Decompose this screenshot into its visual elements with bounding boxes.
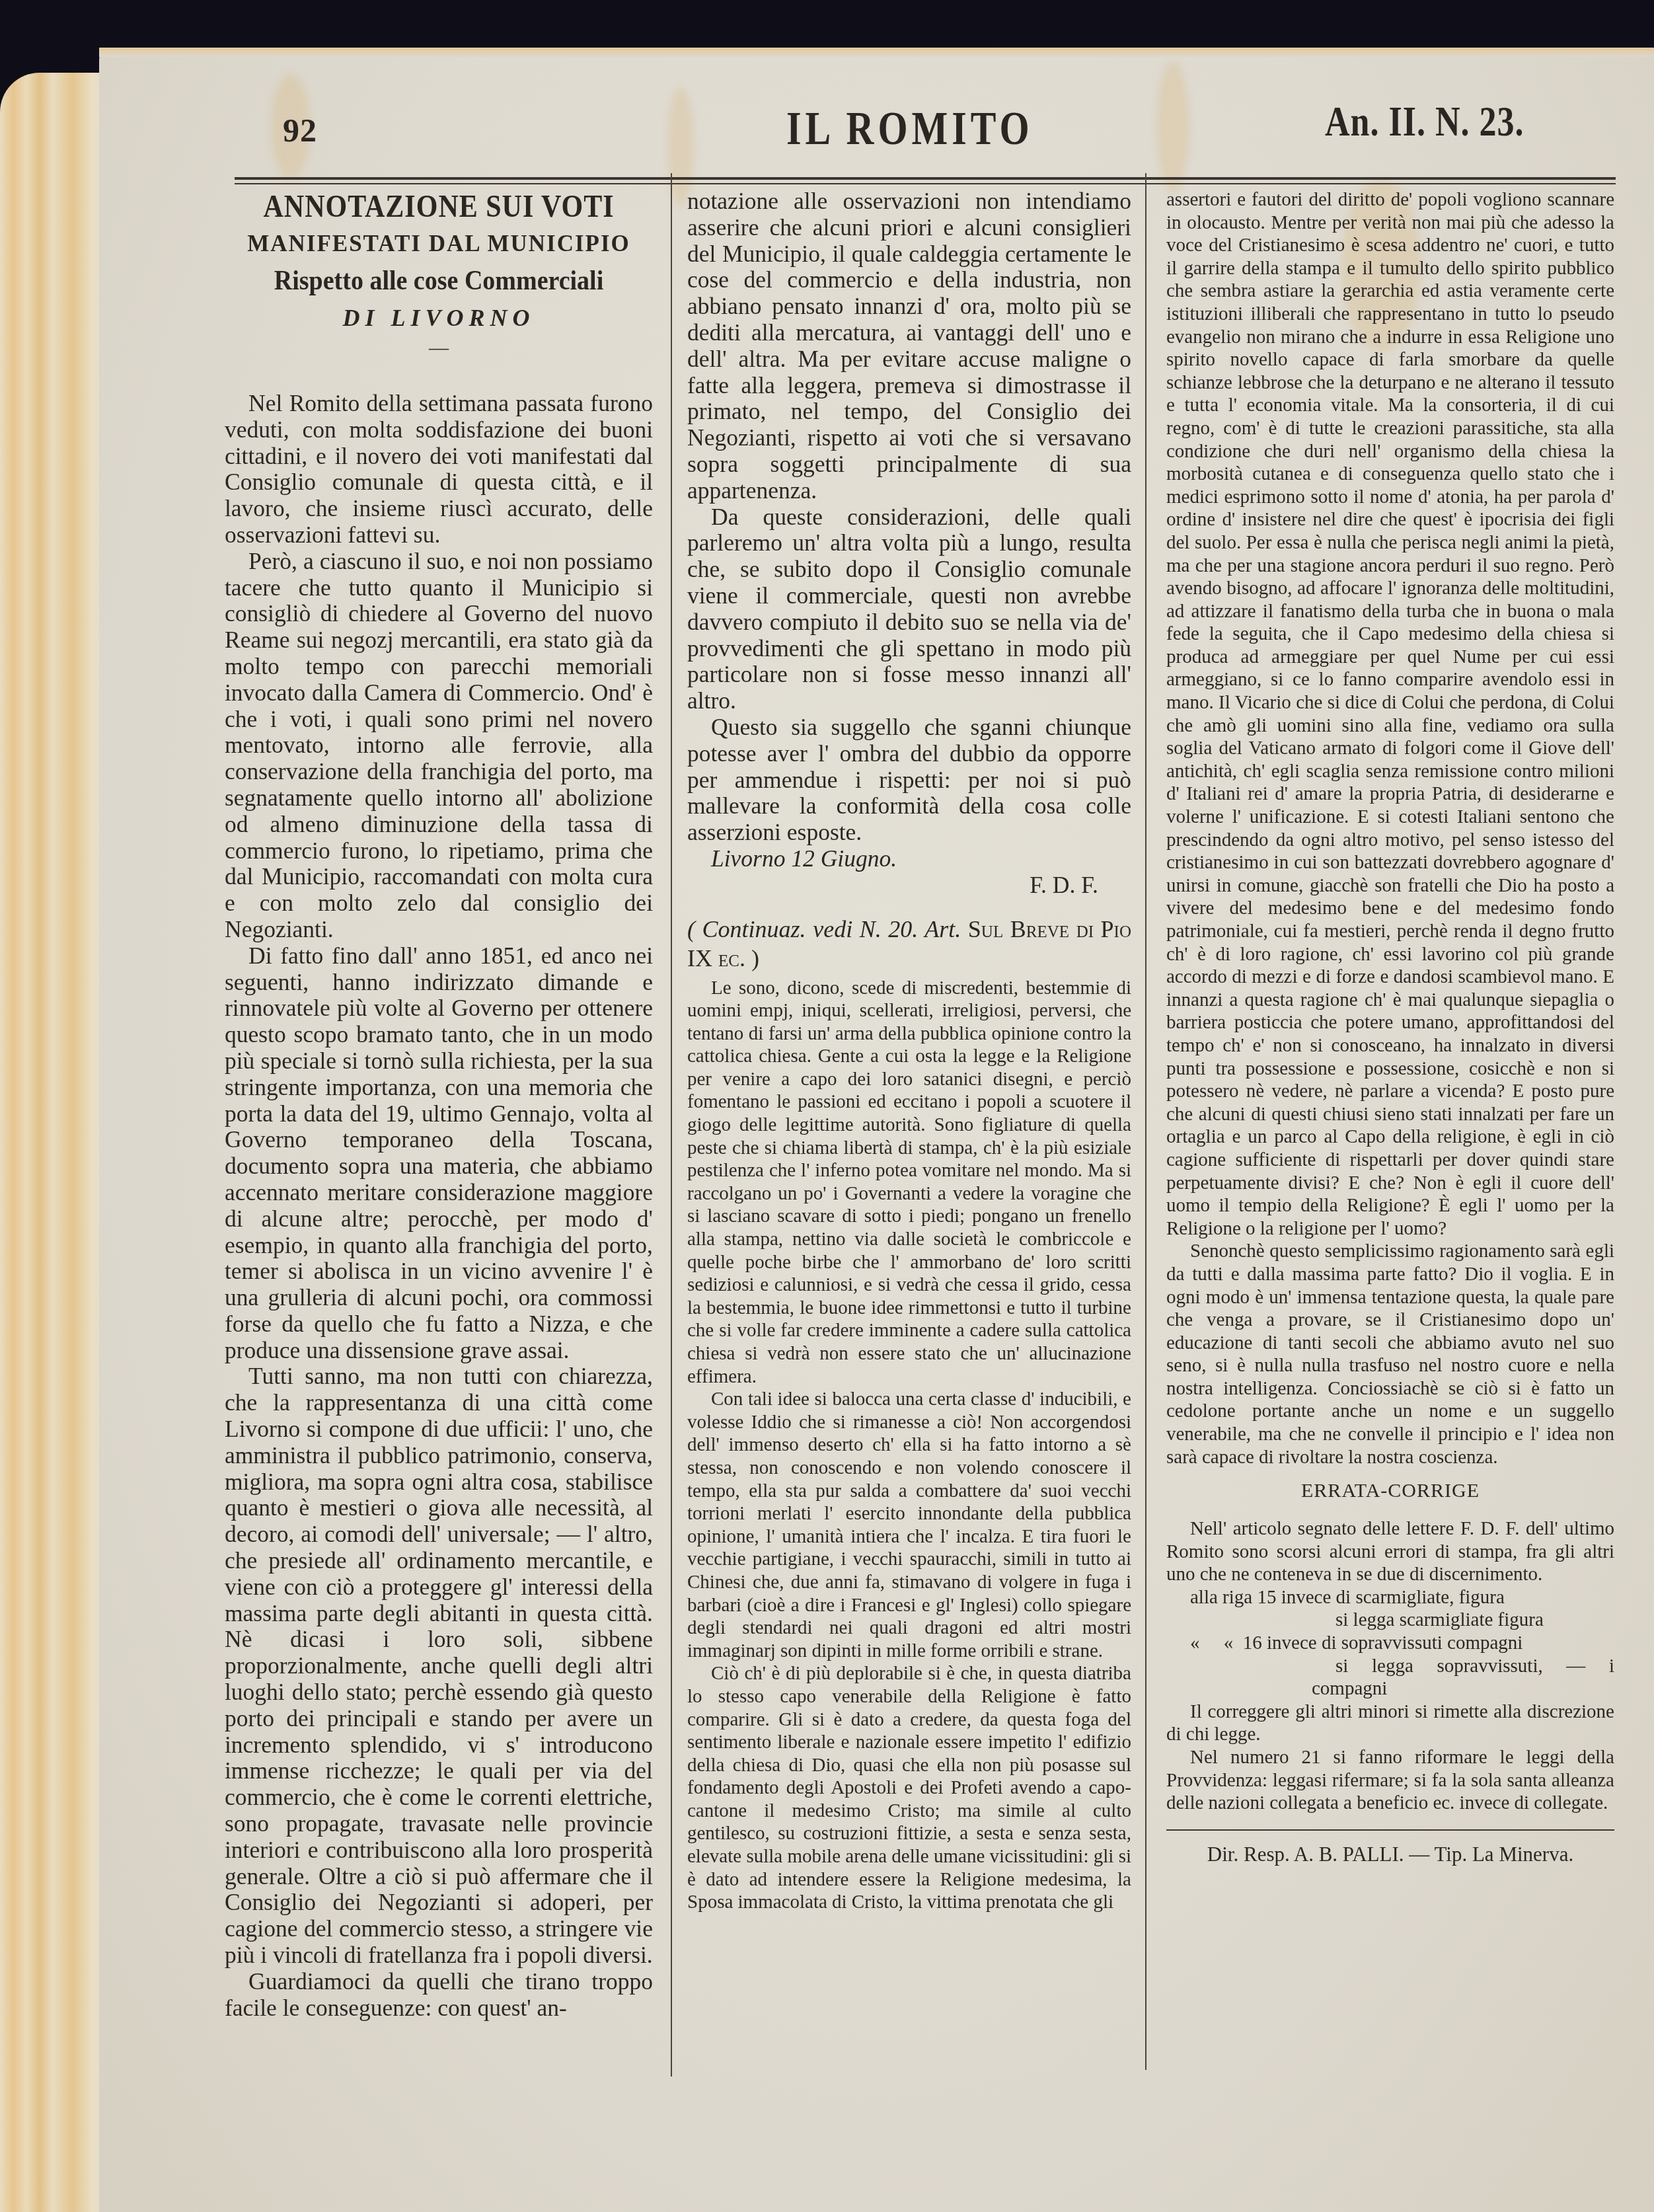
header-rule-inner xyxy=(235,183,1616,184)
column-divider xyxy=(1145,173,1147,2070)
paragraph: Le sono, dicono, scede di miscredenti, b… xyxy=(687,977,1131,1389)
article-subtitle: Rispetto alle cose Commerciali xyxy=(225,260,653,301)
errata-line: si legga scarmigliate figura xyxy=(1166,1609,1614,1632)
paragraph: assertori e fautori del diritto de' popo… xyxy=(1166,188,1614,1240)
dateline-text: Livorno 12 Giugno. xyxy=(711,845,897,872)
errata-line: si legga sopravvissuti, — i compagni xyxy=(1166,1655,1614,1700)
errata-line: « « 16 invece di sopravvissuti compagni xyxy=(1166,1632,1614,1655)
errata-corrige-section: ERRATA-CORRIGE Nell' articolo segnato de… xyxy=(1166,1478,1614,1867)
continuation-heading: ( Continuaz. vedi N. 20. Art. Sul Breve … xyxy=(687,915,1131,973)
article-subtitle: MANIFESTATI DAL MUNICIPIO xyxy=(225,225,653,262)
errata-paragraph: Il correggere gli altri minori si rimett… xyxy=(1166,1700,1614,1746)
left-column: ANNOTAZIONE SUI VOTI MANIFESTATI DAL MUN… xyxy=(225,188,653,2021)
paragraph: Questo sia suggello che sganni chiunque … xyxy=(687,714,1131,846)
title-separator: — xyxy=(225,336,653,360)
printer-credit: Dir. Resp. A. B. PALLI. — Tip. La Minerv… xyxy=(1166,1841,1614,1868)
continuation-prefix: ( Continuaz. vedi N. 20. Art. xyxy=(687,916,961,942)
paragraph: Di fatto fino dall' anno 1851, ed anco n… xyxy=(225,943,653,1364)
errata-line: alla riga 15 invece di scarmigliate, fig… xyxy=(1166,1586,1614,1609)
errata-paragraph: Nel numero 21 si fanno riformare le legg… xyxy=(1166,1746,1614,1815)
article-title: ANNOTAZIONE SUI VOTI xyxy=(225,186,653,228)
signature: F. D. F. xyxy=(1030,872,1125,899)
paragraph: Però, a ciascuno il suo, e noi non possi… xyxy=(225,549,653,943)
paragraph: Guardiamoci da quelli che tirano troppo … xyxy=(225,1969,653,2022)
column-divider xyxy=(671,173,672,2077)
masthead-title: IL ROMITO xyxy=(786,100,1034,156)
paragraph: Tutti sanno, ma non tutti con chiarezza,… xyxy=(225,1363,653,1968)
page-number: 92 xyxy=(283,111,317,149)
paragraph: notazione alle osservazioni non intendia… xyxy=(687,188,1131,504)
article-location: DI LIVORNO xyxy=(225,299,653,336)
paragraph: Senonchè questo semplicissimo ragionamen… xyxy=(1166,1240,1614,1468)
paragraph: Con tali idee si balocca una certa class… xyxy=(687,1388,1131,1662)
errata-intro: Nell' articolo segnato delle lettere F. … xyxy=(1166,1517,1614,1586)
paragraph: Nel Romito della settimana passata furon… xyxy=(225,391,653,549)
article-title-block: ANNOTAZIONE SUI VOTI MANIFESTATI DAL MUN… xyxy=(225,188,653,360)
paragraph: Da queste considerazioni, delle quali pa… xyxy=(687,504,1131,714)
footer-rule xyxy=(1166,1829,1614,1831)
issue-number: An. II. N. 23. xyxy=(1325,99,1524,146)
signature-line: F. D. F. xyxy=(687,872,1131,899)
paragraph: Ciò ch' è di più deplorabile si è che, i… xyxy=(687,1662,1131,1914)
right-column: assertori e fautori del diritto de' popo… xyxy=(1166,188,1614,1868)
page-header: 92 IL ROMITO An. II. N. 23. xyxy=(0,0,1654,198)
middle-column: notazione alle osservazioni non intendia… xyxy=(687,188,1131,1914)
header-rule xyxy=(235,177,1616,180)
dateline: Livorno 12 Giugno. xyxy=(687,846,1131,872)
errata-title: ERRATA-CORRIGE xyxy=(1166,1478,1614,1504)
